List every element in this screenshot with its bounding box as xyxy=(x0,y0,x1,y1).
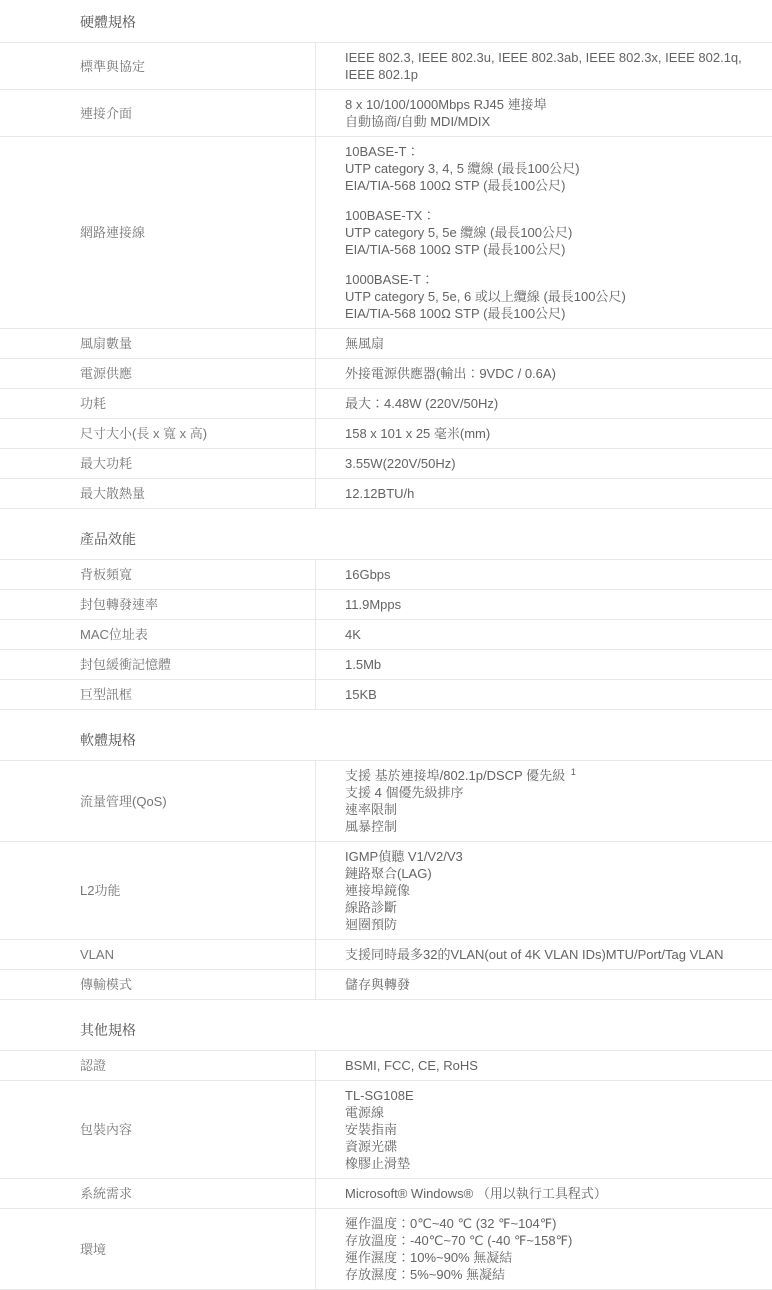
section-title: 其他規格 xyxy=(0,1022,772,1050)
spec-value: 15KB xyxy=(315,680,772,709)
spec-row: 標準與協定 IEEE 802.3, IEEE 802.3u, IEEE 802.… xyxy=(0,43,772,90)
spec-row: 流量管理(QoS) 支援 基於連接埠/802.1p/DSCP 優先級 1支援 4… xyxy=(0,761,772,842)
spec-value: TL-SG108E電源線安裝指南資源光碟橡膠止滑墊 xyxy=(315,1081,772,1178)
spec-value-line: IEEE 802.3, IEEE 802.3u, IEEE 802.3ab, I… xyxy=(345,49,752,83)
spec-value-line: 連接埠鏡像 xyxy=(345,882,752,899)
spec-value: 支援同時最多32的VLAN(out of 4K VLAN IDs)MTU/Por… xyxy=(315,940,772,969)
value-line-spacer xyxy=(345,258,752,271)
value-line-spacer xyxy=(345,194,752,207)
spec-value-line: UTP category 3, 4, 5 纜線 (最長100公尺) xyxy=(345,160,752,177)
spec-value-line: 16Gbps xyxy=(345,566,752,583)
spec-label: 背板頻寬 xyxy=(0,560,315,589)
spec-label: 封包轉發速率 xyxy=(0,590,315,619)
spec-value: IGMP偵聽 V1/V2/V3鏈路聚合(LAG)連接埠鏡像線路診斷迴圈預防 xyxy=(315,842,772,939)
spec-value: BSMI, FCC, CE, RoHS xyxy=(315,1051,772,1080)
spec-label: 包裝內容 xyxy=(0,1081,315,1178)
footnote-ref: 1 xyxy=(571,767,576,777)
spec-label: 巨型訊框 xyxy=(0,680,315,709)
spec-label: 風扇數量 xyxy=(0,329,315,358)
spec-value-line: EIA/TIA-568 100Ω STP (最長100公尺) xyxy=(345,305,752,322)
spec-value-line: 12.12BTU/h xyxy=(345,485,752,502)
spec-value-line: 8 x 10/100/1000Mbps RJ45 連接埠 xyxy=(345,96,752,113)
section-rows: 認證 BSMI, FCC, CE, RoHS 包裝內容 TL-SG108E電源線… xyxy=(0,1050,772,1290)
spec-label: 功耗 xyxy=(0,389,315,418)
spec-page: 硬體規格 標準與協定 IEEE 802.3, IEEE 802.3u, IEEE… xyxy=(0,14,772,1290)
spec-value-line: UTP category 5, 5e 纜線 (最長100公尺) xyxy=(345,224,752,241)
spec-row: 環境 運作溫度：0℃~40 ℃ (32 ℉~104℉)存放溫度：-40℃~70 … xyxy=(0,1209,772,1290)
spec-value: 無風扇 xyxy=(315,329,772,358)
spec-row: 封包轉發速率 11.9Mpps xyxy=(0,590,772,620)
spec-value-line: 運作溫度：0℃~40 ℃ (32 ℉~104℉) xyxy=(345,1215,752,1232)
spec-section-other-specs: 其他規格 認證 BSMI, FCC, CE, RoHS 包裝內容 TL-SG10… xyxy=(0,1000,772,1290)
spec-value-line: 資源光碟 xyxy=(345,1138,752,1155)
spec-label: 電源供應 xyxy=(0,359,315,388)
spec-value-line: 儲存與轉發 xyxy=(345,976,752,993)
spec-value-line: 支援 基於連接埠/802.1p/DSCP 優先級 1 xyxy=(345,767,752,784)
spec-row: 最大功耗 3.55W(220V/50Hz) xyxy=(0,449,772,479)
spec-value-line: EIA/TIA-568 100Ω STP (最長100公尺) xyxy=(345,177,752,194)
spec-value: 運作溫度：0℃~40 ℃ (32 ℉~104℉)存放溫度：-40℃~70 ℃ (… xyxy=(315,1209,772,1289)
spec-label: 網路連接線 xyxy=(0,137,315,328)
spec-value-line: IGMP偵聽 V1/V2/V3 xyxy=(345,848,752,865)
spec-value: 11.9Mpps xyxy=(315,590,772,619)
spec-value-line: 速率限制 xyxy=(345,801,752,818)
section-rows: 背板頻寬 16Gbps 封包轉發速率 11.9Mpps MAC位址表 4K 封包… xyxy=(0,559,772,710)
spec-row: VLAN 支援同時最多32的VLAN(out of 4K VLAN IDs)MT… xyxy=(0,940,772,970)
spec-row: 傳輸模式 儲存與轉發 xyxy=(0,970,772,1000)
spec-value-line: EIA/TIA-568 100Ω STP (最長100公尺) xyxy=(345,241,752,258)
spec-value: 1.5Mb xyxy=(315,650,772,679)
spec-value-line: 運作濕度：10%~90% 無凝結 xyxy=(345,1249,752,1266)
spec-value-line: 存放溫度：-40℃~70 ℃ (-40 ℉~158℉) xyxy=(345,1232,752,1249)
section-rows: 標準與協定 IEEE 802.3, IEEE 802.3u, IEEE 802.… xyxy=(0,42,772,509)
spec-value-line: 無風扇 xyxy=(345,335,752,352)
section-title: 軟體規格 xyxy=(0,732,772,760)
spec-value: 16Gbps xyxy=(315,560,772,589)
spec-row: 包裝內容 TL-SG108E電源線安裝指南資源光碟橡膠止滑墊 xyxy=(0,1081,772,1179)
spec-sections: 硬體規格 標準與協定 IEEE 802.3, IEEE 802.3u, IEEE… xyxy=(0,14,772,1290)
spec-row: 巨型訊框 15KB xyxy=(0,680,772,710)
spec-value-line: 橡膠止滑墊 xyxy=(345,1155,752,1172)
spec-value: IEEE 802.3, IEEE 802.3u, IEEE 802.3ab, I… xyxy=(315,43,772,89)
spec-value: 3.55W(220V/50Hz) xyxy=(315,449,772,478)
spec-value-line: 15KB xyxy=(345,686,752,703)
spec-value-line: 支援同時最多32的VLAN(out of 4K VLAN IDs)MTU/Por… xyxy=(345,946,752,963)
spec-value-line: 存放濕度：5%~90% 無凝結 xyxy=(345,1266,752,1283)
spec-value-line: 1000BASE-T： xyxy=(345,271,752,288)
spec-row: 系統需求 Microsoft® Windows® （用以執行工具程式） xyxy=(0,1179,772,1209)
spec-value: 12.12BTU/h xyxy=(315,479,772,508)
spec-label: 傳輸模式 xyxy=(0,970,315,999)
spec-row: 尺寸大小(長 x 寬 x 高) 158 x 101 x 25 毫米(mm) xyxy=(0,419,772,449)
spec-value-line: 最大：4.48W (220V/50Hz) xyxy=(345,395,752,412)
spec-row: 風扇數量 無風扇 xyxy=(0,329,772,359)
spec-row: 封包緩衝記憶體 1.5Mb xyxy=(0,650,772,680)
spec-label: VLAN xyxy=(0,940,315,969)
spec-row: 背板頻寬 16Gbps xyxy=(0,560,772,590)
spec-row: MAC位址表 4K xyxy=(0,620,772,650)
spec-row: 認證 BSMI, FCC, CE, RoHS xyxy=(0,1051,772,1081)
spec-value-line: Microsoft® Windows® （用以執行工具程式） xyxy=(345,1185,752,1202)
spec-row: L2功能 IGMP偵聽 V1/V2/V3鏈路聚合(LAG)連接埠鏡像線路診斷迴圈… xyxy=(0,842,772,940)
spec-row: 電源供應 外接電源供應器(輸出：9VDC / 0.6A) xyxy=(0,359,772,389)
spec-value: Microsoft® Windows® （用以執行工具程式） xyxy=(315,1179,772,1208)
spec-label: 最大功耗 xyxy=(0,449,315,478)
spec-value-line: 10BASE-T： xyxy=(345,143,752,160)
spec-label: 封包緩衝記憶體 xyxy=(0,650,315,679)
spec-label: 尺寸大小(長 x 寬 x 高) xyxy=(0,419,315,448)
spec-label: 標準與協定 xyxy=(0,43,315,89)
section-title: 硬體規格 xyxy=(0,14,772,42)
spec-label: 系統需求 xyxy=(0,1179,315,1208)
spec-value-line: TL-SG108E xyxy=(345,1087,752,1104)
spec-value-line: 鏈路聚合(LAG) xyxy=(345,865,752,882)
spec-row: 功耗 最大：4.48W (220V/50Hz) xyxy=(0,389,772,419)
spec-value-line: 158 x 101 x 25 毫米(mm) xyxy=(345,425,752,442)
spec-value-line: 線路診斷 xyxy=(345,899,752,916)
spec-value-line: 4K xyxy=(345,626,752,643)
spec-label: 認證 xyxy=(0,1051,315,1080)
spec-value-line: 外接電源供應器(輸出：9VDC / 0.6A) xyxy=(345,365,752,382)
spec-value-line: 100BASE-TX： xyxy=(345,207,752,224)
spec-label: MAC位址表 xyxy=(0,620,315,649)
section-rows: 流量管理(QoS) 支援 基於連接埠/802.1p/DSCP 優先級 1支援 4… xyxy=(0,760,772,1000)
spec-value: 支援 基於連接埠/802.1p/DSCP 優先級 1支援 4 個優先級排序速率限… xyxy=(315,761,772,841)
spec-value: 158 x 101 x 25 毫米(mm) xyxy=(315,419,772,448)
spec-label: 流量管理(QoS) xyxy=(0,761,315,841)
spec-row: 連接介面 8 x 10/100/1000Mbps RJ45 連接埠自動協商/自動… xyxy=(0,90,772,137)
section-title: 產品效能 xyxy=(0,531,772,559)
spec-row: 最大散熱量 12.12BTU/h xyxy=(0,479,772,509)
spec-value-line: BSMI, FCC, CE, RoHS xyxy=(345,1057,752,1074)
spec-value-line: 電源線 xyxy=(345,1104,752,1121)
spec-label: 最大散熱量 xyxy=(0,479,315,508)
spec-value-line: 自動協商/自動 MDI/MDIX xyxy=(345,113,752,130)
spec-value: 最大：4.48W (220V/50Hz) xyxy=(315,389,772,418)
spec-value: 外接電源供應器(輸出：9VDC / 0.6A) xyxy=(315,359,772,388)
spec-value-line: 安裝指南 xyxy=(345,1121,752,1138)
spec-value-line: 1.5Mb xyxy=(345,656,752,673)
spec-value-line: 11.9Mpps xyxy=(345,596,752,613)
spec-section-hardware-specs: 硬體規格 標準與協定 IEEE 802.3, IEEE 802.3u, IEEE… xyxy=(0,14,772,509)
spec-value-line: 風暴控制 xyxy=(345,818,752,835)
spec-value-line: 3.55W(220V/50Hz) xyxy=(345,455,752,472)
spec-value: 儲存與轉發 xyxy=(315,970,772,999)
spec-value: 8 x 10/100/1000Mbps RJ45 連接埠自動協商/自動 MDI/… xyxy=(315,90,772,136)
spec-section-product-performance: 產品效能 背板頻寬 16Gbps 封包轉發速率 11.9Mpps MAC位址表 … xyxy=(0,509,772,710)
spec-section-software-specs: 軟體規格 流量管理(QoS) 支援 基於連接埠/802.1p/DSCP 優先級 … xyxy=(0,710,772,1000)
spec-value-line: 迴圈預防 xyxy=(345,916,752,933)
spec-label: 環境 xyxy=(0,1209,315,1289)
spec-value: 10BASE-T：UTP category 3, 4, 5 纜線 (最長100公… xyxy=(315,137,772,328)
spec-value: 4K xyxy=(315,620,772,649)
spec-row: 網路連接線 10BASE-T：UTP category 3, 4, 5 纜線 (… xyxy=(0,137,772,329)
spec-label: L2功能 xyxy=(0,842,315,939)
spec-label: 連接介面 xyxy=(0,90,315,136)
spec-value-line: 支援 4 個優先級排序 xyxy=(345,784,752,801)
spec-value-line: UTP category 5, 5e, 6 或以上纜線 (最長100公尺) xyxy=(345,288,752,305)
